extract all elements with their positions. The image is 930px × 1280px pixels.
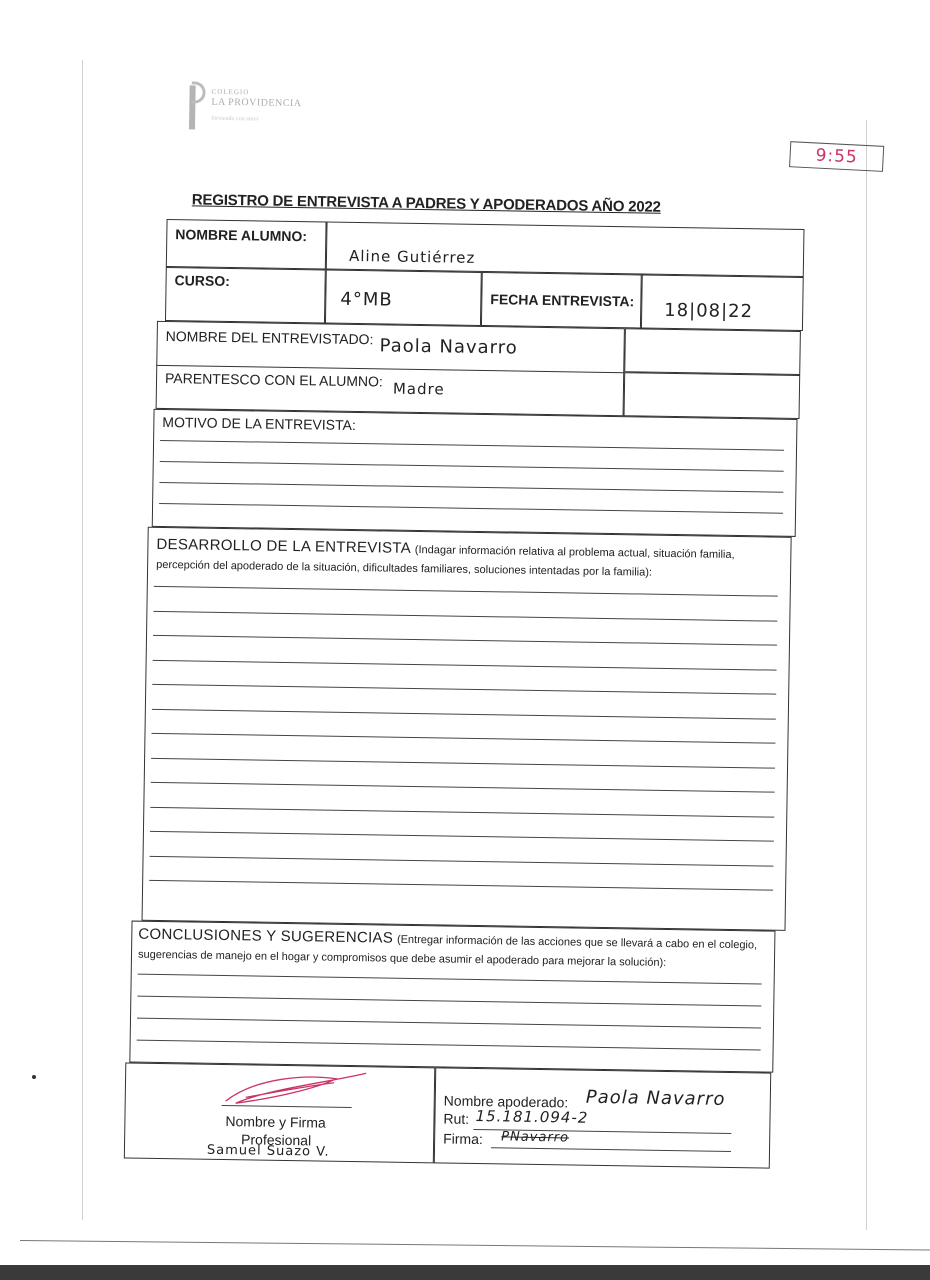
parentesco-label: PARENTESCO CON EL ALUMNO: xyxy=(165,370,383,389)
writing-line[interactable] xyxy=(150,806,774,817)
writing-line[interactable] xyxy=(160,461,784,472)
guardian-rut-label: Rut: xyxy=(443,1110,469,1126)
guardian-signature-block: Nombre apoderado: Paola Navarro Rut: 15.… xyxy=(434,1067,771,1168)
nombre-alumno-label-cell: NOMBRE ALUMNO: xyxy=(166,219,327,270)
curso-label: CURSO: xyxy=(174,272,229,289)
fecha-entrevista-label: FECHA ENTREVISTA: xyxy=(490,291,634,309)
school-motto: Sirviendo con amor xyxy=(211,116,301,124)
writing-line[interactable] xyxy=(153,659,777,670)
time-box: 9:55 xyxy=(789,141,884,172)
writing-line[interactable] xyxy=(151,782,775,793)
curso-field[interactable]: 4°MB xyxy=(325,270,482,326)
school-crest-icon xyxy=(183,81,206,129)
nombre-alumno-field[interactable]: Aline Gutiérrez xyxy=(326,222,805,278)
writing-line[interactable] xyxy=(153,610,777,621)
writing-line[interactable] xyxy=(137,1040,761,1051)
conclusiones-heading: CONCLUSIONES Y SUGERENCIAS xyxy=(138,926,393,947)
writing-line[interactable] xyxy=(152,708,776,719)
writing-line[interactable] xyxy=(150,855,774,866)
blank-side-cell-1 xyxy=(624,328,801,375)
guardian-firma-value[interactable]: PNavarro xyxy=(501,1129,569,1145)
form-sheet: COLEGIO LA PROVIDENCIA Sirviendo con amo… xyxy=(0,0,930,1280)
guardian-rut-value[interactable]: 15.181.094-2 xyxy=(475,1107,588,1127)
nombre-alumno-label: NOMBRE ALUMNO: xyxy=(175,226,307,244)
writing-line[interactable] xyxy=(149,880,773,891)
guardian-firma-label: Firma: xyxy=(443,1130,483,1147)
writing-line[interactable] xyxy=(137,1018,761,1029)
guardian-firma-line xyxy=(491,1147,731,1152)
nombre-entrevistado-label: NOMBRE DEL ENTREVISTADO: xyxy=(166,328,374,347)
writing-line[interactable] xyxy=(152,684,776,695)
conclusiones-section[interactable]: CONCLUSIONES Y SUGERENCIAS (Entregar inf… xyxy=(129,921,775,1073)
motivo-heading: MOTIVO DE LA ENTREVISTA: xyxy=(162,414,356,433)
fecha-entrevista-label-cell: FECHA ENTREVISTA: xyxy=(481,272,642,329)
document-title: REGISTRO DE ENTREVISTA A PADRES Y APODER… xyxy=(192,191,661,215)
professional-caption-1: Nombre y Firma xyxy=(225,1113,326,1131)
fecha-entrevista-value: 18|08|22 xyxy=(664,300,753,322)
fecha-entrevista-field[interactable]: 18|08|22 xyxy=(641,274,804,331)
nombre-entrevistado-value[interactable]: Paola Navarro xyxy=(379,335,517,358)
writing-line[interactable] xyxy=(138,974,762,985)
writing-line[interactable] xyxy=(154,586,778,597)
curso-value: 4°MB xyxy=(340,289,393,311)
professional-signature-block: Nombre y Firma Profesional Samuel Suazo … xyxy=(124,1062,435,1163)
writing-line[interactable] xyxy=(160,440,784,451)
desarrollo-heading: DESARROLLO DE LA ENTREVISTA xyxy=(156,536,411,557)
guardian-name-value[interactable]: Paola Navarro xyxy=(586,1087,726,1110)
curso-label-cell: CURSO: xyxy=(165,267,326,324)
writing-line[interactable] xyxy=(151,757,775,768)
writing-line[interactable] xyxy=(159,482,783,493)
writing-line[interactable] xyxy=(151,733,775,744)
scanner-bed xyxy=(0,1265,930,1280)
writing-line[interactable] xyxy=(159,503,783,514)
professional-name: Samuel Suazo V. xyxy=(207,1143,330,1160)
interview-time: 9:55 xyxy=(815,145,858,167)
motivo-section[interactable]: MOTIVO DE LA ENTREVISTA: xyxy=(152,409,798,537)
school-logo: COLEGIO LA PROVIDENCIA Sirviendo con amo… xyxy=(183,81,302,131)
parentesco-value[interactable]: Madre xyxy=(393,380,445,399)
writing-line[interactable] xyxy=(153,635,777,646)
school-name: LA PROVIDENCIA xyxy=(211,97,301,109)
desarrollo-section[interactable]: DESARROLLO DE LA ENTREVISTA (Indagar inf… xyxy=(142,527,792,931)
writing-line[interactable] xyxy=(150,831,774,842)
writing-line[interactable] xyxy=(137,996,761,1007)
professional-signature-icon xyxy=(216,1067,387,1110)
nombre-alumno-value: Aline Gutiérrez xyxy=(349,247,476,267)
blank-side-cell-2 xyxy=(624,372,801,419)
